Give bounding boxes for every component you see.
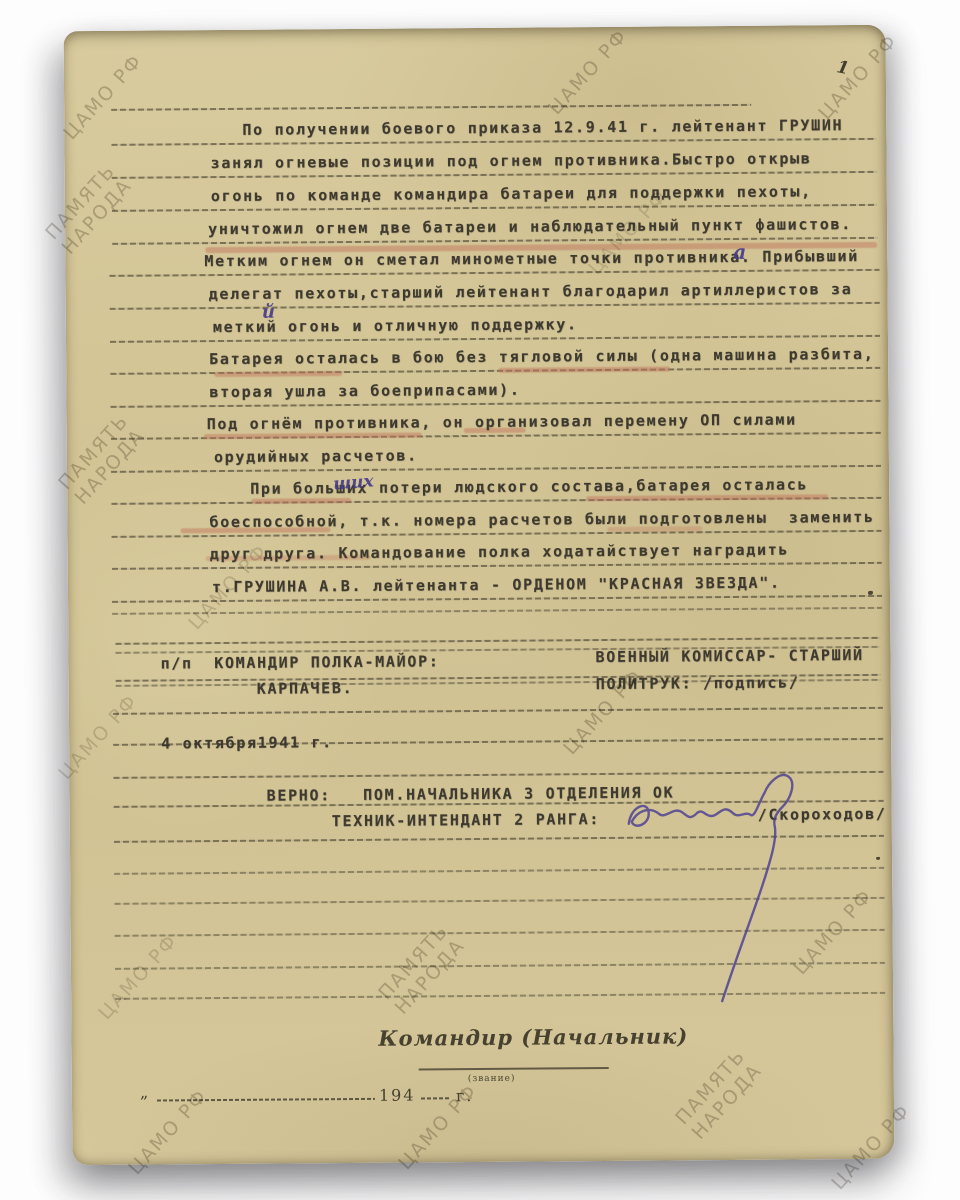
form-rule [113,707,883,715]
handwritten-correction: а [733,240,746,264]
typed-line: Батарея осталась в бою без тягловой силы… [209,345,874,368]
red-underline [204,432,422,439]
form-rule [112,204,877,212]
handwritten-page-number: 1 [835,57,851,79]
document-page: По получении боевого приказа 12.9.41 г. … [64,25,895,1165]
form-quote-mark: „ [140,1083,150,1102]
form-blank-line [419,1067,609,1070]
form-rule [112,607,882,615]
form-rule [111,138,876,146]
commissar-name: ПОЛИТРУК: /подпись/ [596,673,800,693]
verno-line: ВЕРНО: ПОМ.НАЧАЛЬНИКА 3 ОТДЕЛЕНИЯ ОК [266,783,674,804]
form-rule [111,400,881,408]
typed-line: друг друга. Командование полка ходатайст… [210,541,790,564]
form-rank-caption: (звание) [468,1074,516,1084]
commissar-title: ВОЕННЫЙ КОМИССАР- СТАРШИЙ [595,646,863,666]
form-rule [109,269,879,277]
commander-title: п/п КОМАНДИР ПОЛКА-МАЙОР: [160,652,439,672]
red-underline [251,498,351,504]
typed-line: т.ГРУШИНА А.В. лейтенанта - ОРДЕНОМ "КРА… [212,574,781,596]
handwritten-correction: ших [332,471,374,494]
form-rule [111,465,881,473]
typed-line: делегат пехоты,старший лейтенант благода… [209,280,853,303]
form-date-line [421,1097,451,1099]
form-rule [115,637,880,645]
certifier-rank: ТЕХНИК-ИНТЕНДАНТ 2 РАНГА: [332,810,600,830]
commander-name: КАРПАЧЕВ. [257,679,354,698]
form-rule [111,104,751,111]
typed-line: орудийных расчетов. [214,446,418,466]
form-rule [112,562,882,570]
typed-line: Под огнём противника, он организовал пер… [207,410,797,433]
form-year-prefix: 194 [379,1086,416,1105]
typed-line: боеспособной, т.к. номера расчетов были … [209,508,874,531]
red-underline [586,494,828,501]
handwritten-correction: й [262,302,275,323]
typed-line: занял огневые позиции под огнем противни… [211,149,812,172]
form-rule [112,595,882,603]
handwritten-signature [614,762,876,1014]
red-underline [214,371,342,377]
typed-line: Метким огнем он сметал минометные точки … [204,247,859,270]
form-year-suffix: г. [456,1086,474,1105]
form-date-line [157,1098,375,1102]
typed-line: уничтожил огнем две батареи и наблюдател… [208,215,852,238]
form-rule [110,302,880,310]
form-rule [112,171,877,179]
red-underline [498,366,670,372]
document-date: 4 октября1941 г. [161,733,333,752]
typed-line: вторая ушла за боеприпасами). [209,381,520,401]
form-rule [110,335,880,343]
typed-line: По получении боевого приказа 12.9.41 г. … [242,116,843,139]
typed-line: огонь по команде командира батареи для п… [211,182,812,205]
form-commander-label: Командир (Начальник) [378,1023,688,1050]
ink-speck [876,857,880,860]
